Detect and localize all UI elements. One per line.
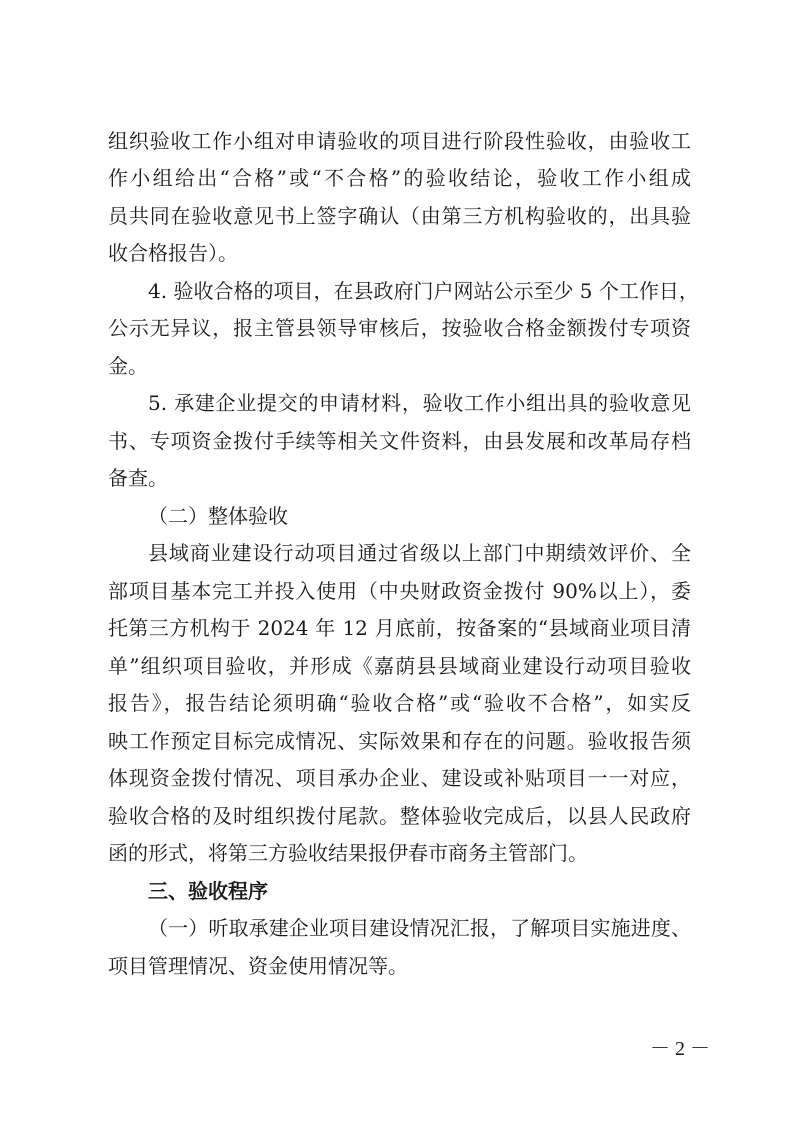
paragraph-line: 金。: [108, 351, 691, 381]
paragraph-line: 公示无异议，报主管县领导审核后，按验收合格金额拨付专项资: [108, 313, 691, 343]
paragraph-line: 部项目基本完工并投入使用（中央财政资金拨付 90%以上），委: [108, 576, 691, 606]
list-item-4: 4. 验收合格的项目，在县政府门户网站公示至少 5 个工作日，: [148, 276, 691, 306]
paragraph-line: 县域商业建设行动项目通过省级以上部门中期绩效评价、全: [148, 538, 691, 568]
paragraph-line: 报告》，报告结论须明确“验收合格”或“验收不合格”，如实反: [108, 688, 691, 718]
paragraph-line: 验收合格的及时组织拨付尾款。整体验收完成后，以县人民政府: [108, 801, 691, 831]
paragraph-line: 映工作预定目标完成情况、实际效果和存在的问题。验收报告须: [108, 726, 691, 756]
paragraph-line: （一）听取承建企业项目建设情况汇报，了解项目实施进度、: [148, 913, 691, 943]
paragraph-line: 项目管理情况、资金使用情况等。: [108, 951, 691, 981]
paragraph-line: 组织验收工作小组对申请验收的项目进行阶段性验收，由验收工: [108, 126, 691, 156]
paragraph-line: 作小组给出“合格”或“不合格”的验收结论，验收工作小组成: [108, 163, 691, 193]
paragraph-line: 函的形式，将第三方验收结果报伊春市商务主管部门。: [108, 838, 691, 868]
paragraph-line: 员共同在验收意见书上签字确认（由第三方机构验收的，出具验: [108, 201, 691, 231]
subsection-heading: （二）整体验收: [148, 501, 691, 531]
section-heading: 三、验收程序: [148, 876, 691, 906]
paragraph-line: 书、专项资金拨付手续等相关文件资料，由县发展和改革局存档: [108, 426, 691, 456]
paragraph-line: 单”组织项目验收，并形成《嘉荫县县域商业建设行动项目验收: [108, 651, 691, 681]
paragraph-line: 备查。: [108, 463, 691, 493]
paragraph-line: 收合格报告）。: [108, 238, 691, 268]
document-page: 组织验收工作小组对申请验收的项目进行阶段性验收，由验收工 作小组给出“合格”或“…: [0, 0, 793, 1122]
page-number: － 2 －: [640, 1037, 720, 1061]
list-item-5: 5. 承建企业提交的申请材料，验收工作小组出具的验收意见: [148, 388, 691, 418]
paragraph-line: 托第三方机构于 2024 年 12 月底前，按备案的“县域商业项目清: [108, 613, 691, 643]
paragraph-line: 体现资金拨付情况、项目承办企业、建设或补贴项目一一对应，: [108, 763, 691, 793]
